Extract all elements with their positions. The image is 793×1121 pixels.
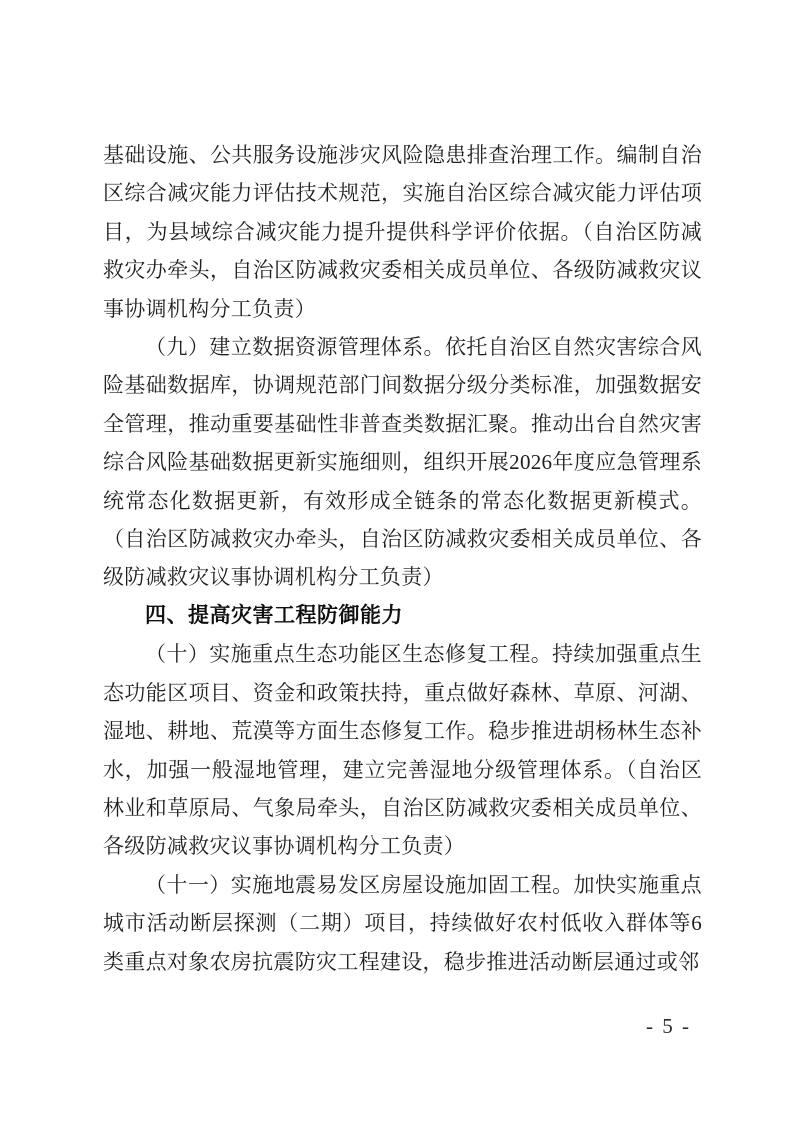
- page-content: 基础设施、公共服务设施涉灾风险隐患排查治理工作。编制自治区综合减灾能力评估技术规…: [103, 136, 702, 981]
- paragraph-continuation: 基础设施、公共服务设施涉灾风险隐患排查治理工作。编制自治区综合减灾能力评估技术规…: [103, 136, 702, 328]
- paragraph-item-10: （十）实施重点生态功能区生态修复工程。持续加强重点生态功能区项目、资金和政策扶持…: [103, 635, 702, 865]
- section-heading-4: 四、提高灾害工程防御能力: [103, 597, 702, 635]
- paragraph-item-11: （十一）实施地震易发区房屋设施加固工程。加快实施重点城市活动断层探测（二期）项目…: [103, 866, 702, 981]
- page-number: - 5 -: [646, 1014, 691, 1039]
- document-page: 基础设施、公共服务设施涉灾风险隐患排查治理工作。编制自治区综合减灾能力评估技术规…: [0, 0, 793, 1121]
- paragraph-item-9: （九）建立数据资源管理体系。依托自治区自然灾害综合风险基础数据库，协调规范部门间…: [103, 328, 702, 597]
